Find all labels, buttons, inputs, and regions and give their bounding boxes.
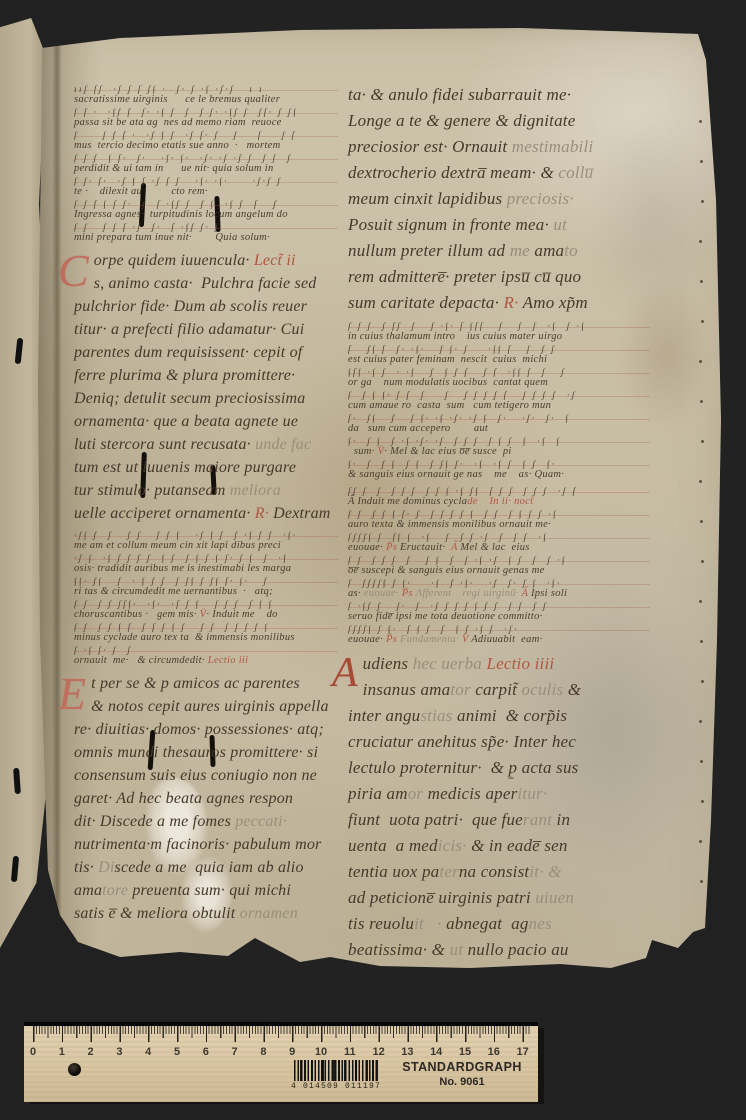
neume-row: ʃʃʃʃ∫ ʃ ſ∫ ∫ ·∫ ʃ ʃ ʃ ·ʃ ʃ ʃ ʃ ·∫ [348, 532, 650, 542]
text-line: titur· a prefecti filio adamatur· Cui [74, 318, 338, 341]
lyric-row: mini prepara tum inue nit· Quia solum· [74, 232, 338, 244]
drop-initial: A [332, 653, 358, 693]
text-line: nullum preter illum ad me amato [348, 238, 650, 264]
chant-line: ʃʃʃʃ∫ ʃ ∫· ſ ∫ ʃ ʃ ∫ ʃ ·∫ ʃ ·ʃ·euouae· P… [348, 624, 650, 646]
chant-line: ſ· ʃ∫ ʃ ʃ ∫· ·∫ ·ʃ· ·ʃ ∫ ʃ· ·ʃ· ʃ· ∫da s… [348, 413, 650, 435]
neume-row: ∫∫· ʃ∫ ʃ · ∫ ʃ ʃ ʃ ʃ∫ ʃ ʃ∫ ſ· ∫· ʃ [74, 576, 338, 586]
text-line: cruciatur anehitus sp̃e· Inter hec [348, 729, 650, 755]
text-line: re· diuitias· domos· possessiones· atq; [74, 718, 338, 741]
body-block: ta· & anulo fidei subarrauit me·Longe a … [348, 82, 650, 316]
ruler-number: 2 [80, 1046, 102, 1058]
lyric-row: perdidit & ui tam in ue nit· quia solum … [74, 163, 338, 175]
text-line: dit· Discede a me fomes peccati· [74, 810, 338, 833]
neume-row: ʃ ʃ ʃ ʃ ſ ·ʃ ʃ· ſ ·∫ʃ ʃ· ʃ [74, 222, 338, 232]
text-line: udiens hec uerba Lectio iiii [348, 651, 650, 677]
neume-row: ʃ ʃ ʃ ʃ ʃ ʃ ʃ ∫ ʃ ʃ ·∫ ·ʃ ∫ ʃ ʃ ʃ ·∫ [348, 555, 650, 565]
chant-line: ʃ ·∫ʃ ʃ ʃ· ʃ ·ʃ ʃ ʃ ʃ ∫ ʃ ʃ ʃ ʃ ʃ ʃseruo… [348, 601, 650, 623]
text-line: meum cinxit lapidibus preciosis· [348, 186, 650, 212]
lyric-row: as· euouae· P̃s Afferent᷑ regi uirginũ· … [348, 588, 650, 600]
text-line: tis· Discede a me quia iam ab alio [74, 856, 338, 879]
chant-block: ııʃ ſʃ ·ʃ ʃ ſ ʃ∫ · ʃ· ʃ ·∫ ·ʃ·ʃ ı ısacra… [74, 84, 338, 244]
text-line: s, animo casta· Pulchra facie sed [74, 272, 338, 295]
text-line: beatissima· & ut nullo pacio au [348, 937, 650, 963]
text-line: omnis mundi thesauros promittere· si [74, 741, 338, 764]
lyric-row: euouae· P̃s Eructauit· A̋ Mel & lac eius [348, 542, 650, 554]
chant-line: ʃ ʃ ʃ ʃ ∫ ſ ʃ ſ ʃ ∫ ʃ ʃ ʃ ʃ ʃ ʃ ʃ ∫minus… [74, 622, 338, 644]
text-line: & notos cepit aures uirginis appella [74, 695, 338, 718]
text-line: Posuit signum in fronte mea· ut [348, 212, 650, 238]
text-line: inter angustias animi & corp̃is [348, 703, 650, 729]
neume-row: ∫ſ∫ ·∫ ʃ · ·∫ ʃ ∫ ʃ ſ ʃ ſ ·∫∫ ſ ʃ ʃ [348, 367, 650, 377]
neume-row: ∫· ʃ ʃ ∫ ʃ ∫ ʃ ʃ∫ ʃ· ·∫ ·∫ ʃ ∫ ʃ ∫· [348, 459, 650, 469]
chant-line: ʃ ʃ ʃ ʃ ∫ ſ· ʃ ʃ ʃ ʃ ʃ ∫ ʃ ʃ ʃ ∫ ʃ ʃ ·∫a… [348, 509, 650, 531]
chant-line: ʃ ʃ ʃ ∫ ſ· ʃ· ·∫· ∫· ·ʃ· ·ʃ ·ʃ ʃ ʃ ʃ ʃpe… [74, 153, 338, 175]
text-line: luti stercora sunt recusata· unde fac [74, 433, 338, 456]
drop-initial: E [58, 674, 86, 714]
lyric-row: est cuius pater feminam nescit cuius mic… [348, 354, 650, 366]
text-line: Deniq; detulit secum preciosissima [74, 387, 338, 410]
neume-row: ʃ ʃ ∫ ∫· ʃ ſ ʃ ʃ ʃ ʃ ʃ ʃ ſ ʃ ʃ ʃ ʃ ·ʃ [348, 390, 650, 400]
text-line: amatore preuenta sum· qui michi [74, 879, 338, 902]
lyric-row: choruscantibus · gem mis· V̈· Induit me … [74, 609, 338, 621]
chant-line: ʃ ʃ ∫ ∫· ʃ ſ ʃ ʃ ʃ ʃ ʃ ʃ ſ ʃ ʃ ʃ ʃ ·ʃcum… [348, 390, 650, 412]
lyric-row: & sanguis eius ornauit ge nas me as· Qua… [348, 469, 650, 481]
neume-row: ʃ ʃ ʃ ∫ ſ· ʃ· ·∫· ∫· ·ʃ· ·ʃ ·ʃ ʃ ʃ ʃ ʃ [74, 153, 338, 163]
text-line: t per se & p amicos ac parentes [74, 672, 338, 695]
chant-line: ſ ʃ∫ ſ ʃ· ·∫· ʃ ∫· ʃ ·∫∫ ſ ʃ ʃ ʃest cuiu… [348, 344, 650, 366]
text-line: lectulo proternitur· & p̱ acta sus [348, 755, 650, 781]
ruler-number: 4 [137, 1046, 159, 1058]
lyric-row: ornauit me· & circumdedit· Lectio iii [74, 655, 338, 667]
lyric-row: sacratissime uirginis ce le bremus quali… [74, 94, 338, 106]
chant-line: ſʃ ʃ ʃ ʃ ʃ ʃ ʃ ʃ ∫ ·∫ ʃ∫ ſ ʃ ʃ ʃ ʃ ʃ ·ʃ … [348, 486, 650, 508]
neume-row: ʃ ʃ ʃ ʃ ∫ ſ ʃ ſ ʃ ∫ ʃ ʃ ʃ ʃ ʃ ʃ ʃ ∫ [74, 622, 338, 632]
text-line: piria amor medicis aperitur· [348, 781, 650, 807]
ruler-number: 12 [368, 1046, 390, 1058]
neume-row: ʃ ʃ ʃ ʃ ʃſ∫· ·∫· ·ſ ʃ ∫ ʃ ʃ ʃ ʃ ∫ ∫ [74, 599, 338, 609]
chant-line: ʃ ʃ ʃ ʃ ʃ ʃ ʃ ∫ ʃ ʃ ·∫ ·ʃ ∫ ʃ ʃ ʃ ·∫o̅e̅… [348, 555, 650, 577]
lyric-row: da sum cum accepero aut [348, 423, 650, 435]
neume-row: ʃ ʃ ʃ ʃ ∫ ſ· ʃ ʃ ʃ ʃ ʃ ∫ ʃ ʃ ʃ ∫ ʃ ʃ ·∫ [348, 509, 650, 519]
text-line: ferre plurima & plura promittere· [74, 364, 338, 387]
drop-initial: C [58, 251, 89, 291]
lyric-row: in cuius thalamum intro ius cuius mater … [348, 331, 650, 343]
model-label: No. 9061 [396, 1076, 528, 1088]
barcode: 4 014509 011197 [290, 1060, 382, 1090]
text-line: sum caritate depacta· R· Amo xp̃m [348, 290, 650, 316]
chant-block: ſʃ ʃ ʃ ʃ ʃ ʃ ʃ ʃ ∫ ·∫ ʃ∫ ſ ʃ ʃ ʃ ʃ ʃ ·ʃ … [348, 486, 650, 646]
gutter-fold-line [52, 30, 62, 940]
neume-row: ʃ ʃ ʃ ſ · ·ʃ ∫ ʃ ·ʃ ſ· ʃ ʃ ſ ʃ ſ [74, 130, 338, 140]
ruler-number: 1 [51, 1046, 73, 1058]
ruler-number: 3 [108, 1046, 130, 1058]
neume-row: ∫· ʃ ∫ ʃ ·∫ ·ʃ· ·ʃ ʃ ʃ ʃ ʃ ∫ ʃ ∫ ·∫ ∫ [348, 436, 650, 446]
neume-row: ʃ ʃʃʃʃ∫ ʃ ∫· ·∫ ʃ ·∫· ·ʃ ʃ· ʃ ∫ ·∫· [348, 578, 650, 588]
chant-line: ııʃ ſʃ ·ʃ ʃ ſ ʃ∫ · ʃ· ʃ ·∫ ·ʃ·ʃ ı ısacra… [74, 84, 338, 106]
ruler-number: 14 [425, 1046, 447, 1058]
text-line: parentes dum requisissent· cepit of [74, 341, 338, 364]
text-line: insanus amator carpit̃ oculis & [348, 677, 650, 703]
ruler-number: 8 [252, 1046, 274, 1058]
lyric-row: passa sit be ata ag nes ad memo riam reu… [74, 117, 338, 129]
barcode-bars [294, 1060, 378, 1081]
lyric-row: seruo fide̅ ipsi me tota deuotione commi… [348, 611, 650, 623]
text-line: tis reuoluit᷑· abnegat agnes [348, 911, 650, 937]
lyric-row: mus tercio decimo etatis sue anno · mort… [74, 140, 338, 152]
text-line: ta· & anulo fidei subarrauit me· [348, 82, 650, 108]
lyric-row: ri tas & circumdedit me uernantibus · at… [74, 586, 338, 598]
text-line: ornamenta· que a beata agnete ue [74, 410, 338, 433]
neume-row: ſʃ ʃ ʃ ʃ ʃ ʃ ʃ ʃ ∫ ·∫ ʃ∫ ſ ʃ ʃ ʃ ʃ ʃ ·ʃ … [348, 486, 650, 496]
neume-row: ʃ ʃ ʃ ʃ ſʃ ʃ ʃ ·∫· ſ ∫ſſ ʃ ʃ ʃ ·∫ ʃ ·∫ [348, 321, 650, 331]
ruler-brand-box: STANDARDGRAPH No. 9061 [396, 1060, 528, 1088]
ruler-number: 13 [396, 1046, 418, 1058]
ruler-number: 11 [339, 1046, 361, 1058]
text-line: garet· Ad hec beata agnes respon [74, 787, 338, 810]
barcode-digits: 4 014509 011197 [290, 1082, 382, 1091]
neume-row: ·ʃ ∫ ·∫ ʃ ʃ ʃ ʃ ∫ ʃ ʃ ∫ ʃ ∫ ʃ· ʃ ∫ ʃ ·∫ [74, 553, 338, 563]
neume-row: ʃ ʃ· ſ· ·ʃ ∫ ſ ·ʃ ſ ʃ ·∫· ·∫· ·ʃ·ʃ ʃ [74, 176, 338, 186]
lyric-row: A̋ Induit me dominus cyclade In ii· noct… [348, 496, 650, 508]
chant-line: ∫∫· ʃ∫ ʃ · ∫ ʃ ʃ ʃ ʃ∫ ʃ ʃ∫ ſ· ∫· ʃri tas… [74, 576, 338, 598]
text-line: ad peticione̅ uirginis patri uiuen [348, 885, 650, 911]
lyric-row: or ga num modulatis uocibus cantat quem [348, 377, 650, 389]
chant-line: ʃ ʃ ʃ ʃ ſ ·ʃ ʃ· ſ ·∫ʃ ʃ· ʃmini prepara t… [74, 222, 338, 244]
lyric-row: sum· V̈· Mel & lac eius o̅e̅ susce pi [348, 446, 650, 458]
chant-line: ∫ſ∫ ·∫ ʃ · ·∫ ʃ ∫ ʃ ſ ʃ ſ ·∫∫ ſ ʃ ʃor ga… [348, 367, 650, 389]
ruler-number: 0 [22, 1046, 44, 1058]
parchment-page: ııʃ ſʃ ·ʃ ʃ ſ ʃ∫ · ʃ· ʃ ·∫ ·ʃ·ʃ ı ısacra… [0, 0, 746, 1120]
brand-label: STANDARDGRAPH [396, 1060, 528, 1074]
ruler-number: 16 [483, 1046, 505, 1058]
ruler-hanging-hole [68, 1063, 81, 1076]
neume-row: ʃ ſ · ·∫ʃ ſ ʃ· ·∫ ʃ ʃ ʃ ʃ· ·∫ʃ ʃ ʃſ· ʃ ʃ… [74, 107, 338, 117]
chant-line: ʃ ·∫ ſ· ʃ ʃornauit me· & circumdedit· Le… [74, 645, 338, 667]
text-line: nutrimenta·m facinoris· pabulum mor [74, 833, 338, 856]
text-line: satis e̅ & meliora obtulit ornamen [74, 902, 338, 925]
lyric-row: minus cyclade auro tex ta & immensis mon… [74, 632, 338, 644]
ruler-number: 7 [224, 1046, 246, 1058]
text-line: consensum suis eius coniugio non ne [74, 764, 338, 787]
text-line: tentia uox paterna consistit· & [348, 859, 650, 885]
chant-line: ʃ ʃ ʃ ʃ ſʃ ʃ ʃ ·∫· ſ ∫ſſ ʃ ʃ ʃ ·∫ ʃ ·∫in… [348, 321, 650, 343]
chant-line: ·ʃ∫ ʃ ʃ ʃ ʃ ʃ ʃ ∫ ·ʃ ∫ ʃ ʃ ·∫ ʃ ʃ ·∫·me … [74, 530, 338, 552]
ruler-number: 6 [195, 1046, 217, 1058]
text-line: preciosior est· Ornauit mestimabili [348, 134, 650, 160]
ruler-number: 15 [454, 1046, 476, 1058]
text-line: uelle acciperet ornamenta· R· Dextram [74, 502, 338, 525]
lyric-row: me am et collum meum cin xit lapi dibus … [74, 540, 338, 552]
body-block: Audiens hec uerba Lectio iiiiinsanus ama… [348, 651, 650, 989]
chant-line: ·ʃ ∫ ·∫ ʃ ʃ ʃ ʃ ∫ ʃ ʃ ∫ ʃ ∫ ʃ· ʃ ∫ ʃ ·∫o… [74, 553, 338, 575]
chant-block: ʃ ʃ ʃ ʃ ſʃ ʃ ʃ ·∫· ſ ∫ſſ ʃ ʃ ʃ ·∫ ʃ ·∫in… [348, 321, 650, 481]
lyric-row: osis· tradidit auribus me is inestimabi … [74, 563, 338, 575]
neume-row: ʃ ·∫ʃ ʃ ʃ· ʃ ·ʃ ʃ ʃ ʃ ∫ ʃ ʃ ʃ ʃ ʃ ʃ [348, 601, 650, 611]
text-line: dextrocherio dextra̅ meam· & collu̅ [348, 160, 650, 186]
chant-line: ʃ ʃ ſ ∫ ſ ʃ· ʃ ſ ·∫ʃ ʃ ʃ ∫ ·∫ ʃ ſ ʃIngre… [74, 199, 338, 221]
neume-row: ʃ ʃ ſ ∫ ſ ʃ· ʃ ſ ·∫ʃ ʃ ʃ ∫ ·∫ ʃ ſ ʃ [74, 199, 338, 209]
text-line: uenta a medicis· & in eade̅ sen [348, 833, 650, 859]
lyric-row: te · dilexit au cto rem· [74, 186, 338, 198]
body-block: Corpe quidem iuuencula· Lect̃ iis, animo… [74, 249, 338, 525]
ruler-number: 9 [281, 1046, 303, 1058]
chant-line: ∫· ʃ ∫ ʃ ·∫ ·ʃ· ·ʃ ʃ ʃ ʃ ʃ ∫ ʃ ∫ ·∫ ∫ su… [348, 436, 650, 458]
body-block: Et per se & p amicos ac parentes& notos … [74, 672, 338, 925]
chant-line: ʃ ʃ ʃ ʃ ʃſ∫· ·∫· ·ſ ʃ ∫ ʃ ʃ ʃ ʃ ∫ ∫choru… [74, 599, 338, 621]
text-line: rint prioris sponsi uiolare federa· [348, 963, 650, 989]
chant-line: ʃ ſ · ·∫ʃ ſ ʃ· ·∫ ʃ ʃ ʃ ʃ· ·∫ʃ ʃ ʃſ· ʃ ʃ… [74, 107, 338, 129]
text-line: fiunt uota patri· que fuerant in [348, 807, 650, 833]
left-text-column: ııʃ ſʃ ·ʃ ʃ ſ ʃ∫ · ʃ· ʃ ·∫ ·ʃ·ʃ ı ısacra… [74, 84, 338, 930]
ruler-number: 10 [310, 1046, 332, 1058]
ruler-ticks [33, 1026, 530, 1042]
lyric-row: euouae· P̃s Fundamenta· V̈ Adiuuabit eam… [348, 634, 650, 646]
right-text-column: ta· & anulo fidei subarrauit me·Longe a … [348, 82, 650, 994]
text-line: pulchrior fide· Dum ab scolis reuer [74, 295, 338, 318]
neume-row: ʃʃʃʃ∫ ʃ ∫· ſ ∫ ʃ ʃ ∫ ʃ ·∫ ʃ ·ʃ· [348, 624, 650, 634]
text-line: orpe quidem iuuencula· Lect̃ ii [74, 249, 338, 272]
text-line: tur stimulo· putanseam meliora [74, 479, 338, 502]
chant-line: ∫· ʃ ʃ ∫ ʃ ∫ ʃ ʃ∫ ʃ· ·∫ ·∫ ʃ ∫ ʃ ∫·& san… [348, 459, 650, 481]
text-line: rem admittere̅· preter ipsu̅ cu̅ quo [348, 264, 650, 290]
text-line: Longe a te & genere & dignitate [348, 108, 650, 134]
neume-row: ·ʃ∫ ʃ ʃ ʃ ʃ ʃ ʃ ∫ ·ʃ ∫ ʃ ʃ ·∫ ʃ ʃ ·∫· [74, 530, 338, 540]
neume-row: ſ ʃ∫ ſ ʃ· ·∫· ʃ ∫· ʃ ·∫∫ ſ ʃ ʃ ʃ [348, 344, 650, 354]
lyric-row: auro texta & immensis monilibus ornauit … [348, 519, 650, 531]
chant-line: ʃ ʃʃʃʃ∫ ʃ ∫· ·∫ ʃ ·∫· ·ʃ ʃ· ʃ ∫ ·∫·as· e… [348, 578, 650, 600]
lyric-row: o̅e̅ suscepi & sanguis eius ornauit gena… [348, 565, 650, 577]
manuscript-photo: ııʃ ſʃ ·ʃ ʃ ſ ʃ∫ · ʃ· ʃ ·∫ ·ʃ·ʃ ı ısacra… [0, 0, 746, 1120]
neume-row: ſ· ʃ∫ ʃ ʃ ∫· ·∫ ·ʃ· ·ʃ ∫ ʃ· ·ʃ· ʃ· ∫ [348, 413, 650, 423]
chant-line: ʃʃʃʃ∫ ʃ ſ∫ ∫ ·∫ ʃ ʃ ʃ ·ʃ ʃ ʃ ʃ ·∫euouae·… [348, 532, 650, 554]
chant-line: ʃ ʃ ʃ ſ · ·ʃ ∫ ʃ ·ʃ ſ· ʃ ʃ ſ ʃ ſmus terc… [74, 130, 338, 152]
ruler-number: 17 [512, 1046, 534, 1058]
lyric-row: Ingressa agnes· turpitudinis locum angel… [74, 209, 338, 221]
text-line: tum est ut iuuenis maiore purgare [74, 456, 338, 479]
chant-line: ʃ ʃ· ſ· ·ʃ ∫ ſ ·ʃ ſ ʃ ·∫· ·∫· ·ʃ·ʃ ʃte ·… [74, 176, 338, 198]
neume-row: ʃ ·∫ ſ· ʃ ʃ [74, 645, 338, 655]
neume-row: ııʃ ſʃ ·ʃ ʃ ſ ʃ∫ · ʃ· ʃ ·∫ ·ʃ·ʃ ı ı [74, 84, 338, 94]
lyric-row: cum amaue ro casta sum cum tetigero mun [348, 400, 650, 412]
ruler-number: 5 [166, 1046, 188, 1058]
chant-block: ·ʃ∫ ʃ ʃ ʃ ʃ ʃ ʃ ∫ ·ʃ ∫ ʃ ʃ ·∫ ʃ ʃ ·∫·me … [74, 530, 338, 667]
ruler: 01234567891011121314151617 4 014509 0111… [24, 1026, 538, 1102]
